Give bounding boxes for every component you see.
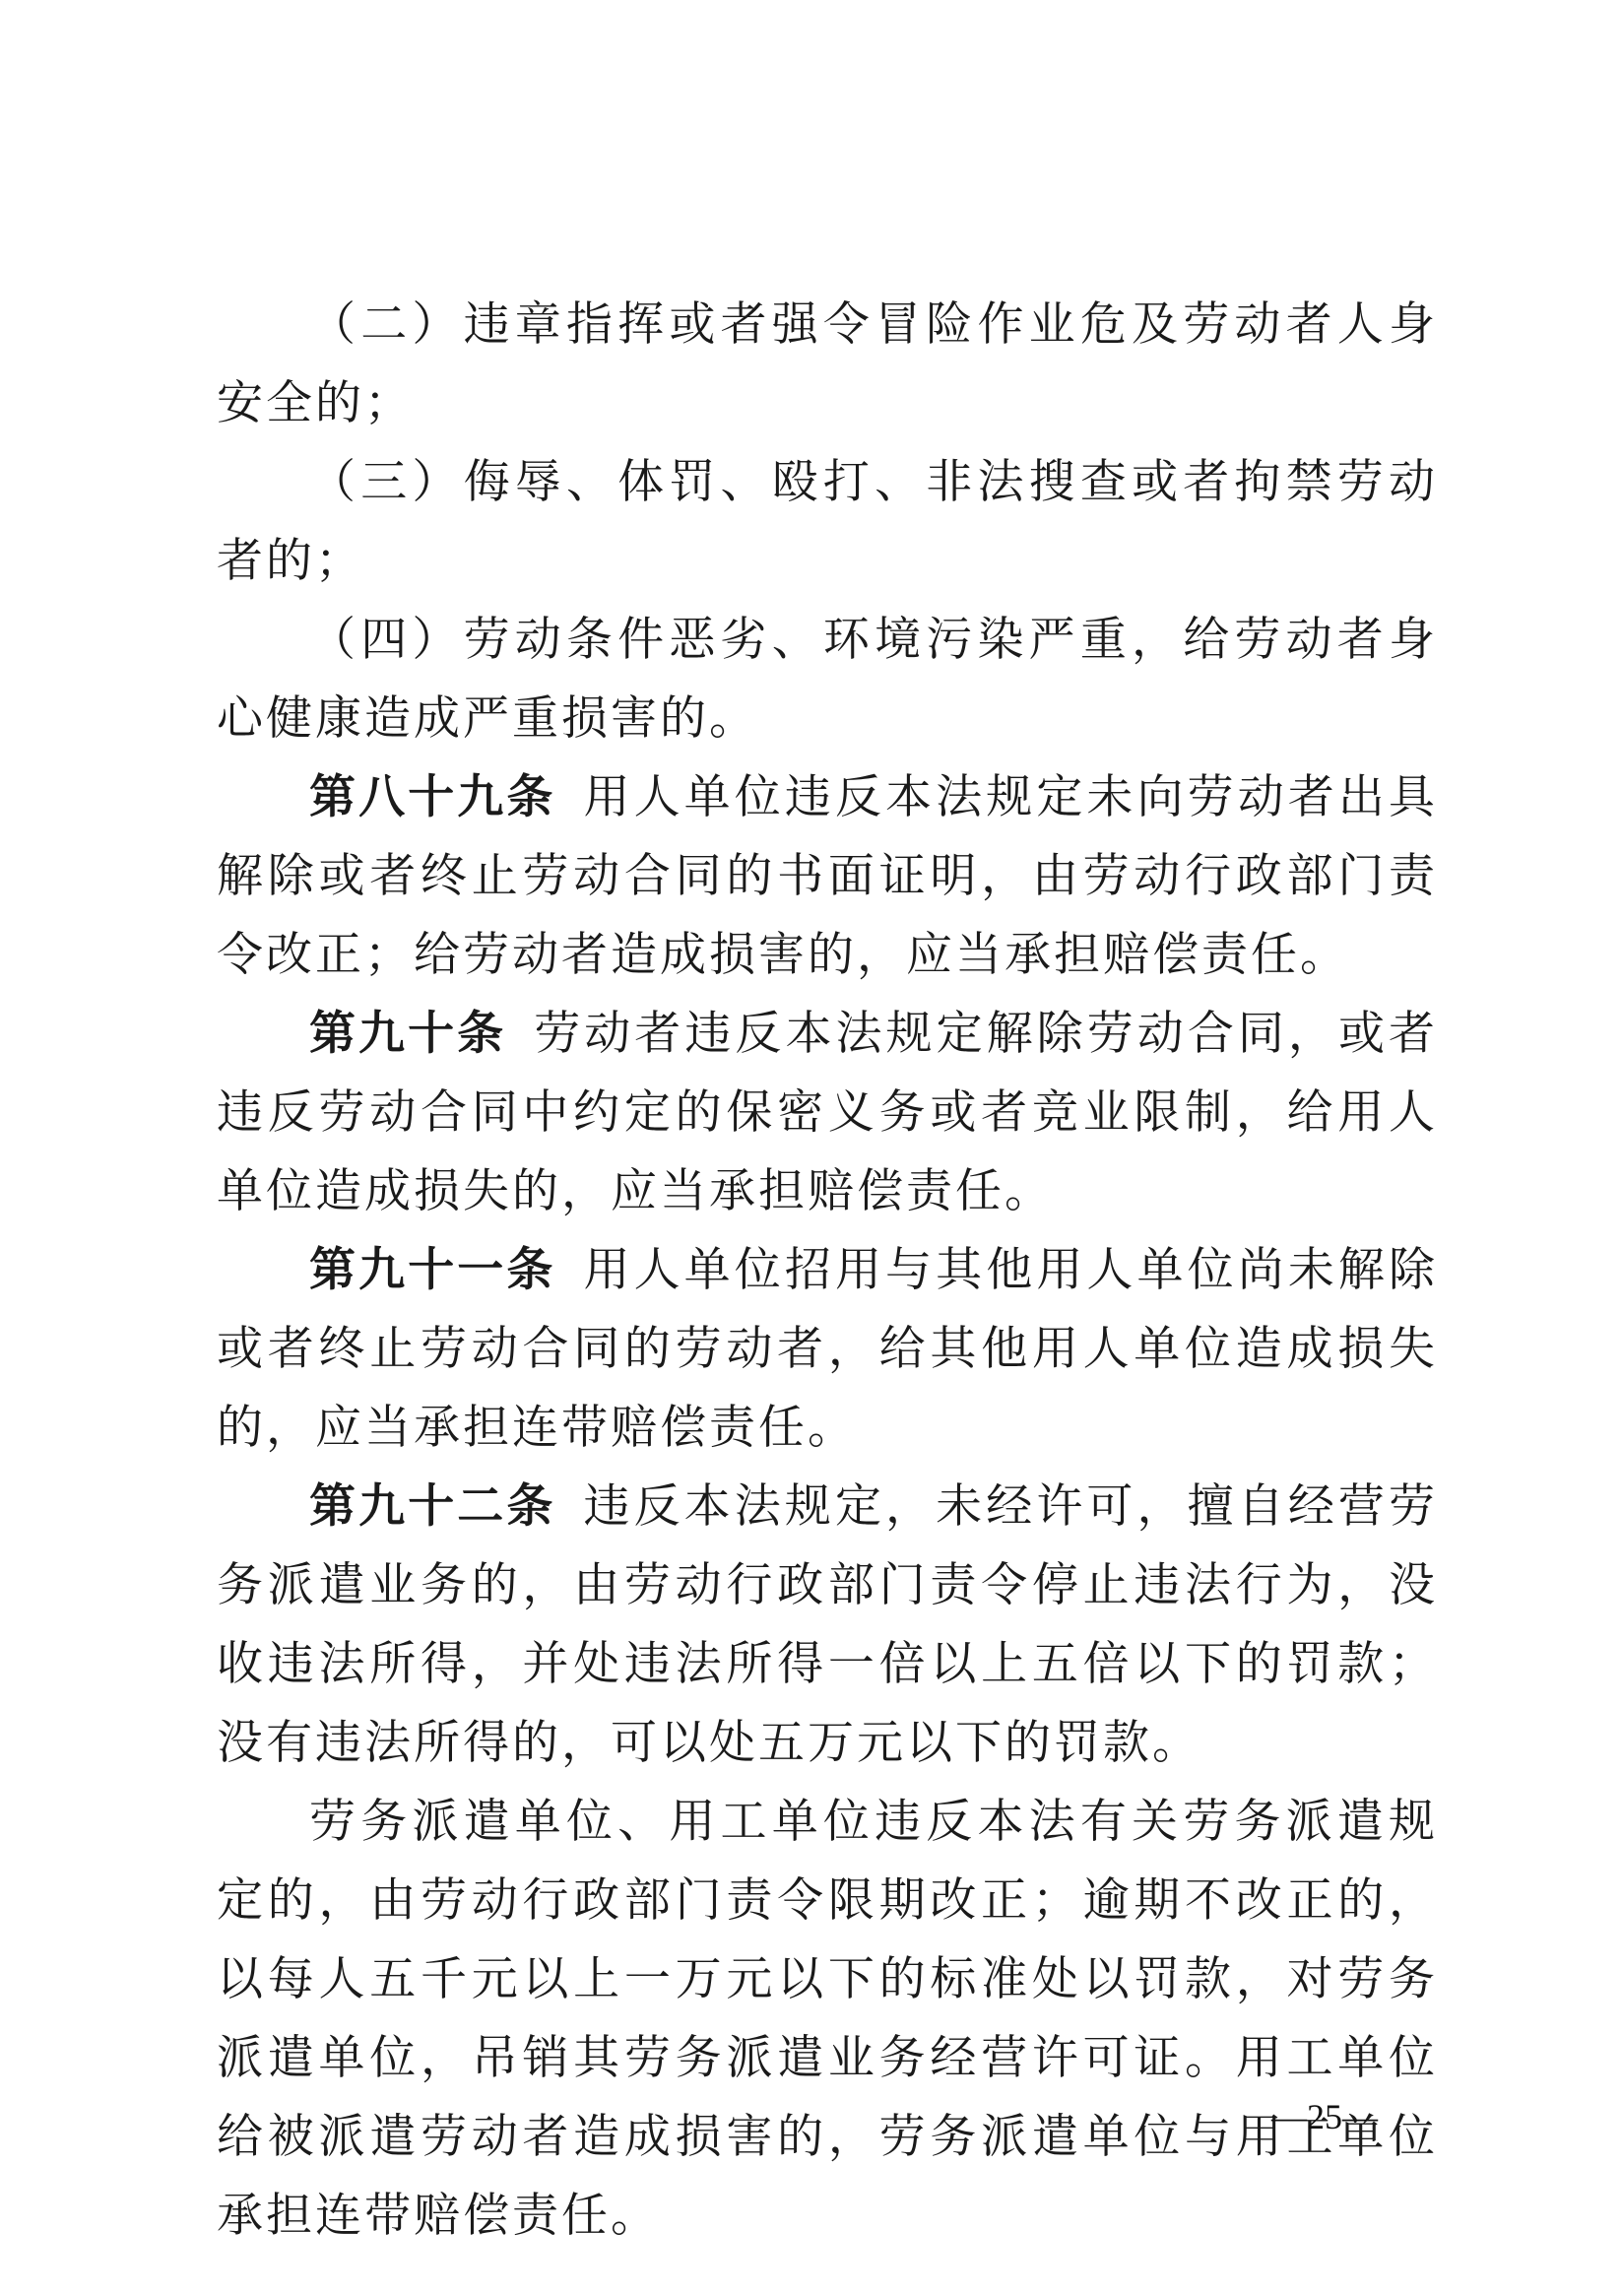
- paragraph-text: （三）侮辱、体罚、殴打、非法搜查或者拘禁劳动者的；: [217, 455, 1438, 588]
- article-89: 第八十九条用人单位违反本法规定未向劳动者出具解除或者终止劳动合同的书面证明，由劳…: [217, 758, 1438, 995]
- paragraph-item-3: （三）侮辱、体罚、殴打、非法搜查或者拘禁劳动者的；: [217, 443, 1438, 601]
- paragraph-item-2: （二）违章指挥或者强令冒险作业危及劳动者人身安全的；: [217, 286, 1438, 443]
- paragraph-text: （二）违章指挥或者强令冒险作业危及劳动者人身安全的；: [217, 297, 1438, 430]
- article-heading: 第九十二条: [309, 1479, 555, 1534]
- article-90: 第九十条劳动者违反本法规定解除劳动合同，或者违反劳动合同中约定的保密义务或者竞业…: [217, 995, 1438, 1231]
- document-page: （二）违章指挥或者强令冒险作业危及劳动者人身安全的； （三）侮辱、体罚、殴打、非…: [0, 0, 1621, 2296]
- page-number: —25—: [1261, 2096, 1389, 2137]
- article-92-paragraph-2: 劳务派遣单位、用工单位违反本法有关劳务派遣规定的，由劳动行政部门责令限期改正；逾…: [217, 1783, 1438, 2256]
- paragraph-text: 劳务派遣单位、用工单位违反本法有关劳务派遣规定的，由劳动行政部门责令限期改正；逾…: [217, 1795, 1438, 2243]
- article-92: 第九十二条违反本法规定，未经许可，擅自经营劳务派遣业务的，由劳动行政部门责令停止…: [217, 1468, 1438, 1783]
- document-body: （二）违章指挥或者强令冒险作业危及劳动者人身安全的； （三）侮辱、体罚、殴打、非…: [217, 286, 1438, 2256]
- article-heading: 第八十九条: [309, 770, 555, 824]
- paragraph-text: （四）劳动条件恶劣、环境污染严重，给劳动者身心健康造成严重损害的。: [217, 613, 1438, 746]
- article-91: 第九十一条用人单位招用与其他用人单位尚未解除或者终止劳动合同的劳动者，给其他用人…: [217, 1231, 1438, 1468]
- article-heading: 第九十一条: [309, 1243, 555, 1297]
- article-heading: 第九十条: [309, 1007, 506, 1061]
- paragraph-item-4: （四）劳动条件恶劣、环境污染严重，给劳动者身心健康造成严重损害的。: [217, 601, 1438, 758]
